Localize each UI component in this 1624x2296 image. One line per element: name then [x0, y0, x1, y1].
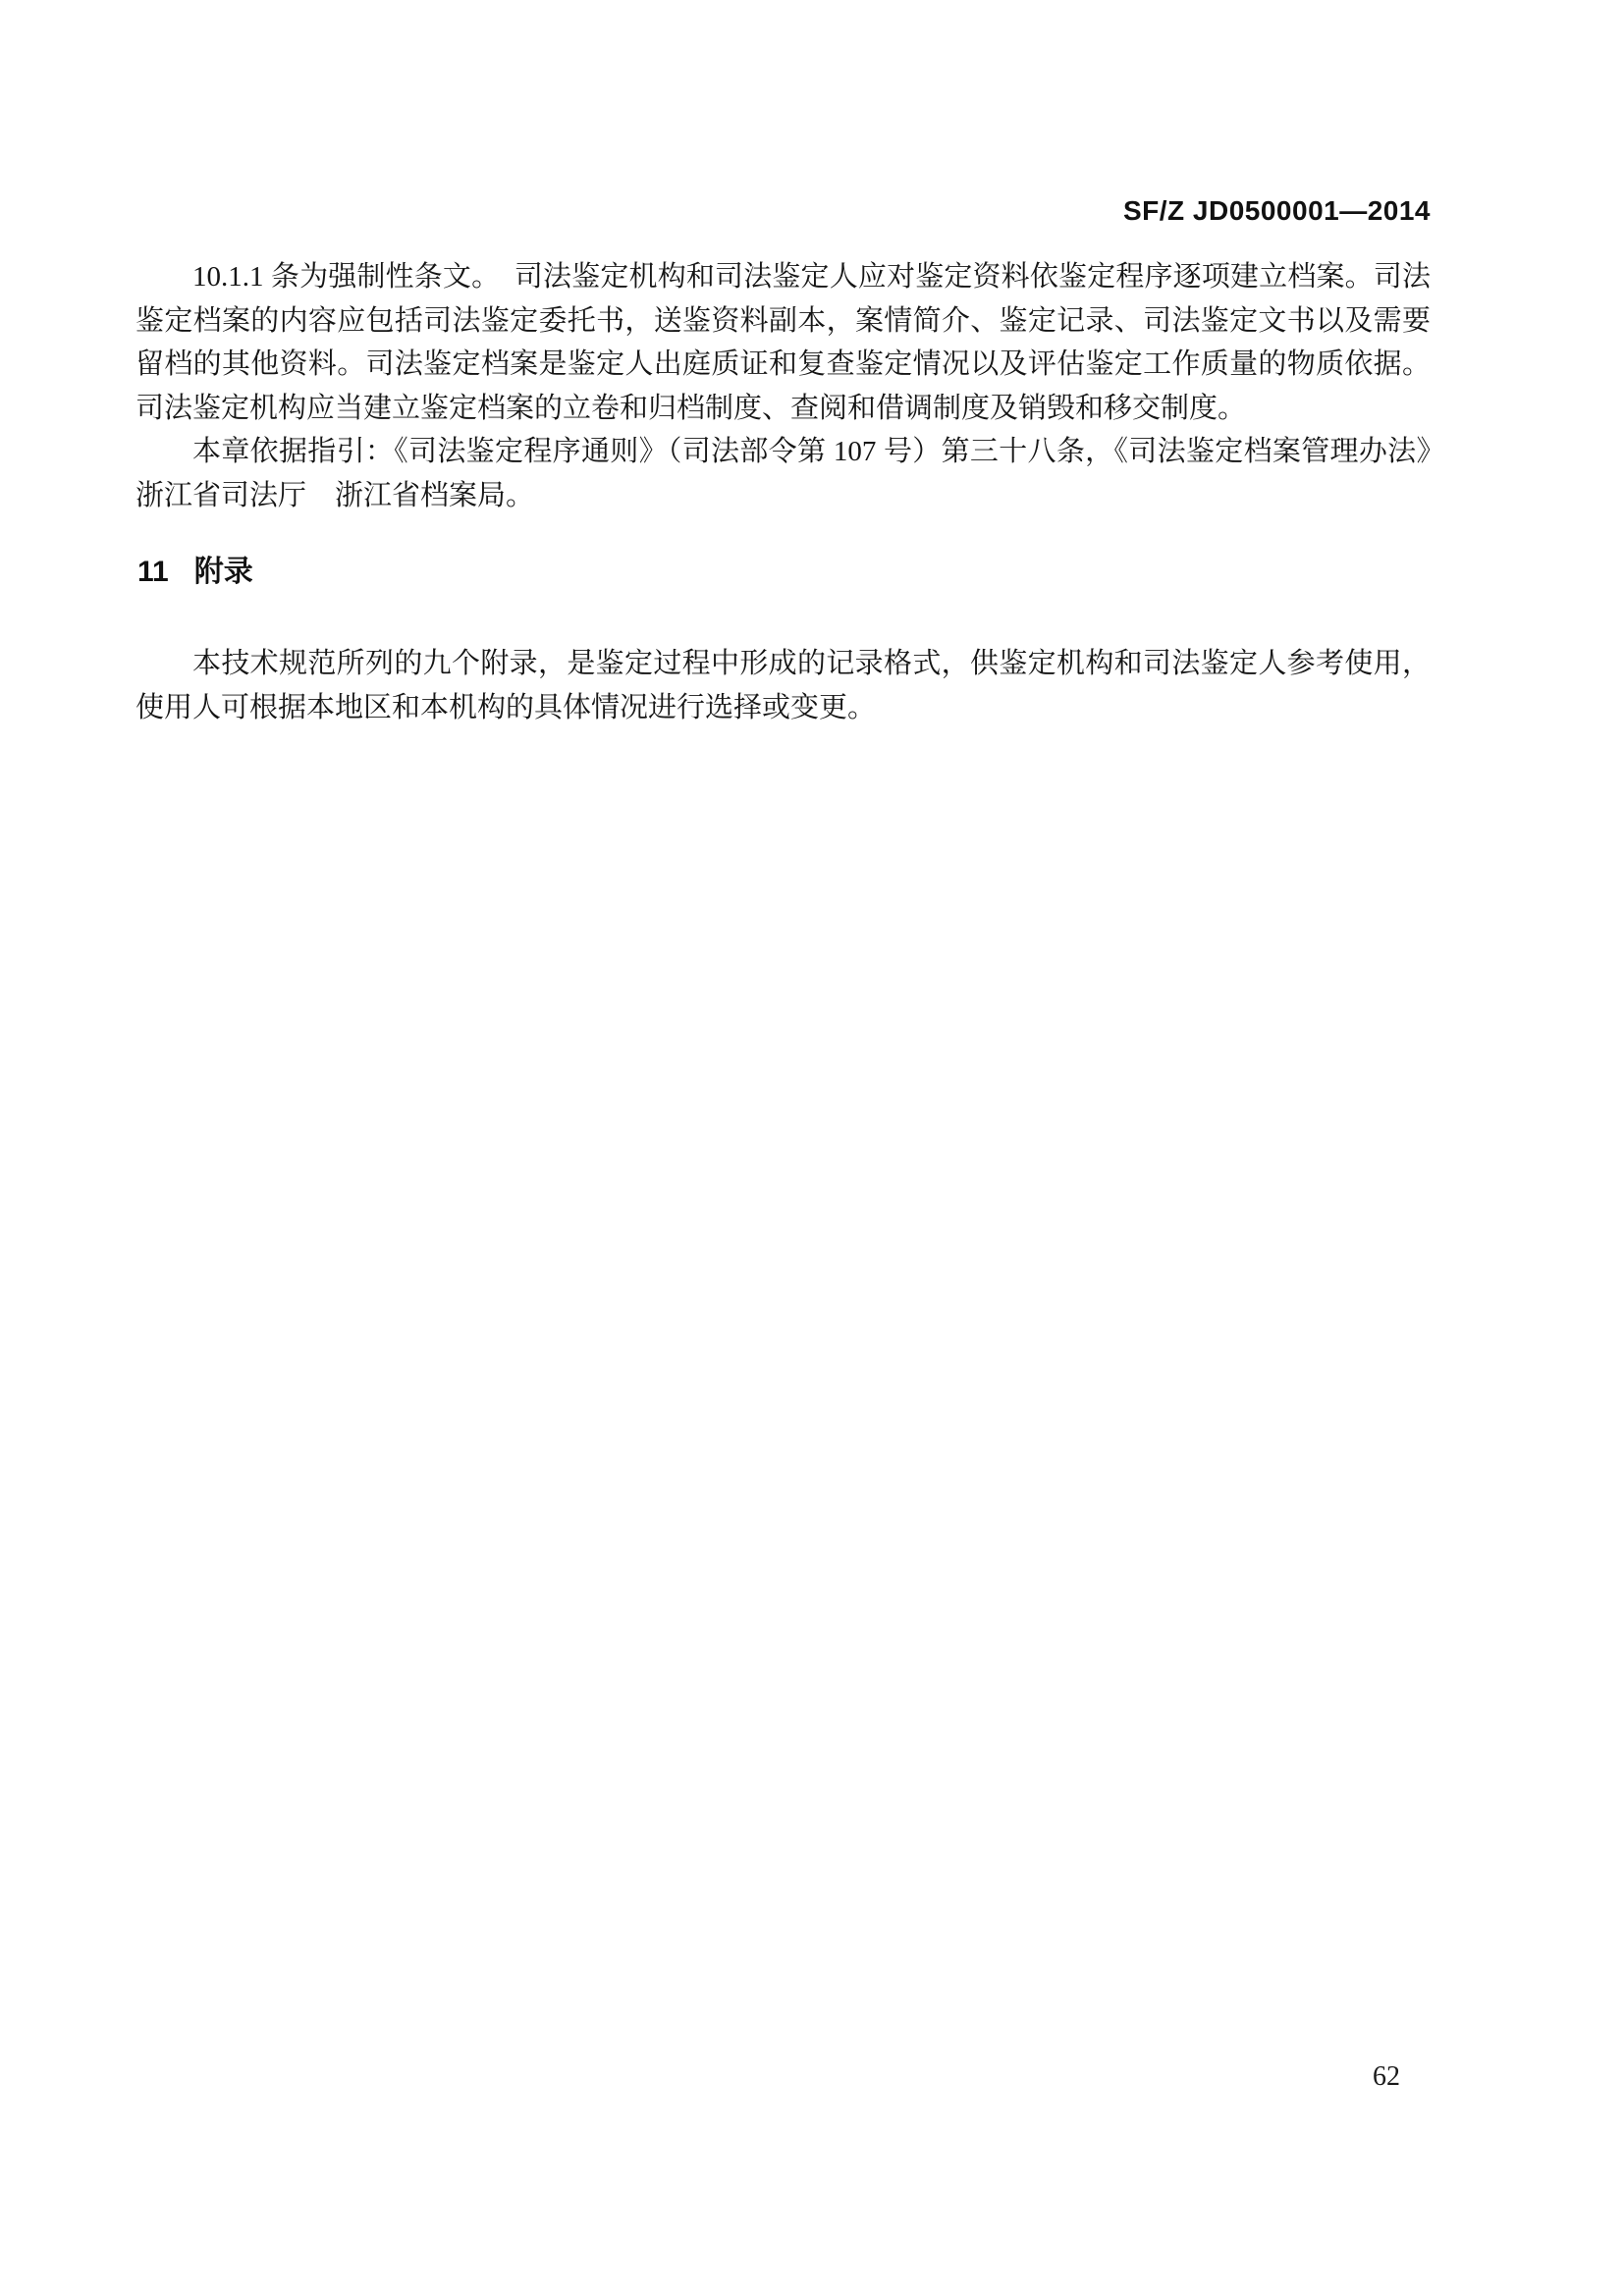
standard-code: SF/Z JD0500001—2014: [1123, 195, 1431, 226]
page-header: SF/Z JD0500001—2014: [135, 196, 1431, 226]
page-number: 62: [1373, 2061, 1400, 2093]
chapter-10-paragraph-1: 10.1.1 条为强制性条文。 司法鉴定机构和司法鉴定人应对鉴定资料依鉴定程序逐…: [135, 255, 1431, 430]
section-number: 11: [137, 554, 169, 591]
chapter-10-paragraph-2: 本章依据指引：《司法鉴定程序通则》（司法部令第 107 号）第三十八条，《司法鉴…: [135, 430, 1431, 517]
chapter-11-text-block: 本技术规范所列的九个附录，是鉴定过程中形成的记录格式，供鉴定机构和司法鉴定人参考…: [135, 642, 1431, 729]
section-11-heading: 11附录: [137, 554, 253, 591]
chapter-11-paragraph-1: 本技术规范所列的九个附录，是鉴定过程中形成的记录格式，供鉴定机构和司法鉴定人参考…: [135, 642, 1431, 729]
section-title: 附录: [194, 556, 253, 588]
page-number-value: 62: [1373, 2061, 1400, 2092]
document-page: SF/Z JD0500001—2014 10.1.1 条为强制性条文。 司法鉴定…: [0, 0, 1624, 2296]
chapter-10-text-block: 10.1.1 条为强制性条文。 司法鉴定机构和司法鉴定人应对鉴定资料依鉴定程序逐…: [135, 255, 1431, 517]
